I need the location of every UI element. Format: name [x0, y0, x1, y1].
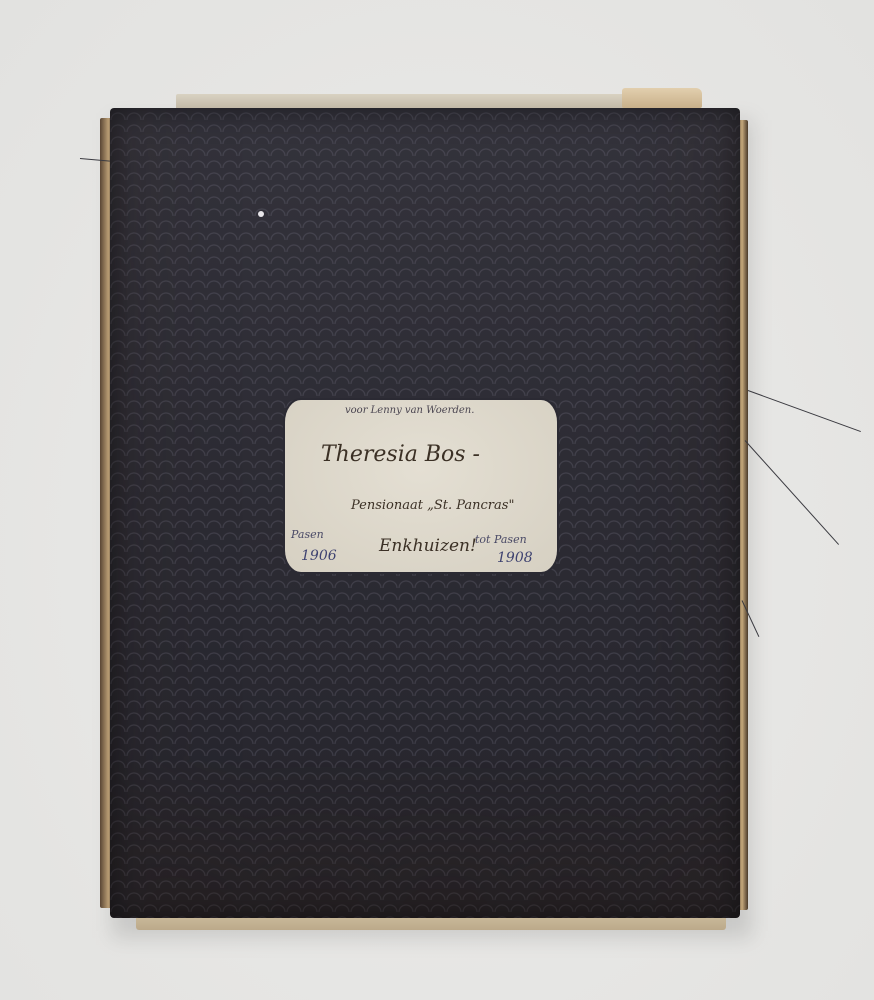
torn-corner: [622, 88, 702, 108]
label-owner-name: Theresia Bos -: [321, 442, 480, 467]
label-city: Enkhuizen!: [379, 536, 477, 556]
label-end-year: 1908: [497, 550, 533, 566]
label-dedication: voor Lenny van Woerden.: [345, 405, 474, 416]
cover-blemish: [258, 211, 264, 217]
label-start-word: Pasen: [291, 528, 324, 541]
label-school: Pensionaat „St. Pancras": [351, 498, 514, 513]
label-start-year: 1906: [301, 548, 337, 564]
label-end-word: tot Pasen: [475, 533, 527, 546]
cover-label: voor Lenny van Woerden. Theresia Bos - P…: [285, 400, 557, 572]
